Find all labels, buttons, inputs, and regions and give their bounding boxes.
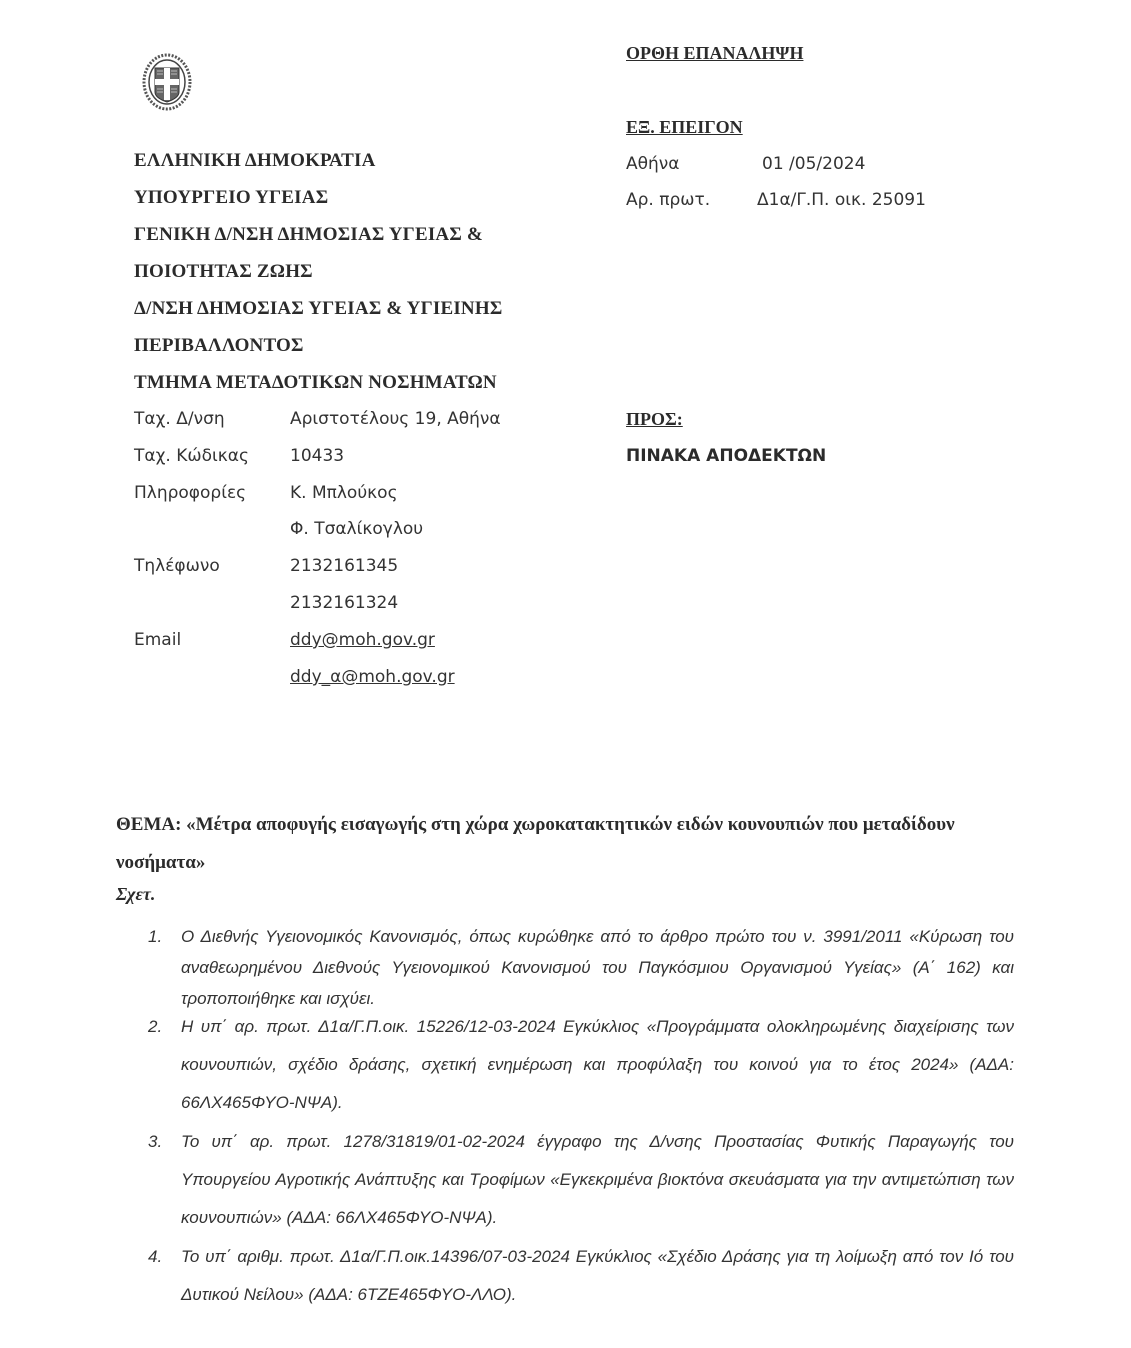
reference-item: 2. Η υπ΄ αρ. πρωτ. Δ1α/Γ.Π.οικ. 15226/12… xyxy=(148,1008,1014,1122)
reference-text: Ο Διεθνής Υγειονομικός Κανονισμός, όπως … xyxy=(181,921,1014,1014)
org-line-ministry: ΥΠΟΥΡΓΕΙΟ ΥΓΕΙΑΣ xyxy=(134,187,328,209)
info-name: Κ. Μπλούκος xyxy=(290,483,398,503)
phone-value: 2132161324 xyxy=(290,593,398,613)
place-label: Αθήνα xyxy=(626,154,680,174)
org-line-republic: ΕΛΛΗΝΙΚΗ ΔΗΜΟΚΡΑΤΙΑ xyxy=(134,150,376,172)
reference-number: 4. xyxy=(148,1238,162,1276)
correction-stamp: ΟΡΘΗ ΕΠΑΝΑΛΗΨΗ xyxy=(626,43,803,64)
org-line-directorate-cont: ΠΕΡΙΒΑΛΛΟΝΤΟΣ xyxy=(134,335,304,357)
reference-text: Το υπ΄ αρ. πρωτ. 1278/31819/01-02-2024 έ… xyxy=(181,1123,1014,1237)
info-name: Φ. Τσαλίκογλου xyxy=(290,519,423,539)
related-label: Σχετ. xyxy=(116,884,155,905)
reference-item: 3. Το υπ΄ αρ. πρωτ. 1278/31819/01-02-202… xyxy=(148,1123,1014,1237)
postal-code-label: Ταχ. Κώδικας xyxy=(134,446,249,466)
reference-number: 3. xyxy=(148,1123,162,1161)
postal-code-value: 10433 xyxy=(290,446,344,466)
reference-text: Το υπ΄ αριθμ. πρωτ. Δ1α/Γ.Π.οικ.14396/07… xyxy=(181,1238,1014,1314)
recipient-label: ΠΡΟΣ: xyxy=(626,409,683,430)
phone-value: 2132161345 xyxy=(290,556,398,576)
reference-number: 2. xyxy=(148,1008,162,1046)
email-label: Email xyxy=(134,630,181,650)
urgency-stamp: ΕΞ. ΕΠΕΙΓΟΝ xyxy=(626,117,743,138)
org-line-general-directorate: ΓΕΝΙΚΗ Δ/ΝΣΗ ΔΗΜΟΣΙΑΣ ΥΓΕΙΑΣ & xyxy=(134,224,483,246)
org-line-department: ΤΜΗΜΑ ΜΕΤΑΔΟΤΙΚΩΝ ΝΟΣΗΜΑΤΩΝ xyxy=(134,372,497,394)
reference-item: 4. Το υπ΄ αριθμ. πρωτ. Δ1α/Γ.Π.οικ.14396… xyxy=(148,1238,1014,1314)
org-line-general-directorate-cont: ΠΟΙΟΤΗΤΑΣ ΖΩΗΣ xyxy=(134,261,313,283)
subject: ΘΕΜΑ: «Μέτρα αποφυγής εισαγωγής στη χώρα… xyxy=(116,806,1006,882)
email-link[interactable]: ddy_α@moh.gov.gr xyxy=(290,667,455,687)
address-value: Αριστοτέλους 19, Αθήνα xyxy=(290,409,501,429)
reference-item: 1. Ο Διεθνής Υγειονομικός Κανονισμός, όπ… xyxy=(148,921,1014,1014)
phone-label: Τηλέφωνο xyxy=(134,556,220,576)
reference-number: 1. xyxy=(148,921,162,952)
recipient-value: ΠΙΝΑΚΑ ΑΠΟΔΕΚΤΩΝ xyxy=(626,446,826,466)
email-link[interactable]: ddy@moh.gov.gr xyxy=(290,630,435,650)
reference-text: Η υπ΄ αρ. πρωτ. Δ1α/Γ.Π.οικ. 15226/12-03… xyxy=(181,1008,1014,1122)
protocol-number: Δ1α/Γ.Π. οικ. 25091 xyxy=(757,190,926,210)
protocol-label: Αρ. πρωτ. xyxy=(626,190,710,210)
address-label: Ταχ. Δ/νση xyxy=(134,409,225,429)
greek-coat-of-arms-icon xyxy=(142,52,192,112)
org-line-directorate: Δ/ΝΣΗ ΔΗΜΟΣΙΑΣ ΥΓΕΙΑΣ & ΥΓΙΕΙΝΗΣ xyxy=(134,298,502,320)
document-date: 01 /05/2024 xyxy=(762,154,865,174)
info-label: Πληροφορίες xyxy=(134,483,246,503)
